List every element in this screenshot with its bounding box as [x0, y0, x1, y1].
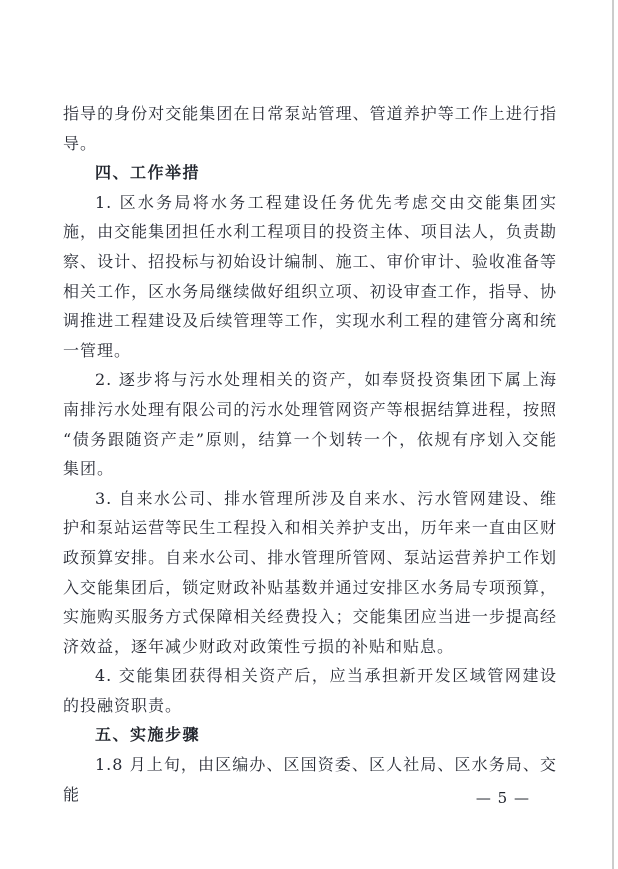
paragraph-measure-4: 4. 交能集团获得相关资产后，应当承担新开发区域管网建设的投融资职责。: [63, 661, 557, 720]
section-heading-work-measures: 四、工作举措: [63, 158, 557, 188]
page-edge-line: [612, 0, 614, 869]
section-heading-implementation-steps: 五、实施步骤: [63, 720, 557, 750]
document-page: 指导的身份对交能集团在日常泵站管理、管道养护等工作上进行指导。 四、工作举措 1…: [0, 0, 618, 869]
page-number: — 5 —: [476, 789, 530, 807]
paragraph-measure-1: 1. 区水务局将水务工程建设任务优先考虑交由交能集团实施，由交能集团担任水利工程…: [63, 188, 557, 366]
paragraph-measure-3: 3. 自来水公司、排水管理所涉及自来水、污水管网建设、维护和泵站运营等民生工程投…: [63, 484, 557, 662]
document-text-block: 指导的身份对交能集团在日常泵站管理、管道养护等工作上进行指导。 四、工作举措 1…: [63, 99, 557, 809]
paragraph-continuation: 指导的身份对交能集团在日常泵站管理、管道养护等工作上进行指导。: [63, 99, 557, 158]
paragraph-measure-2: 2. 逐步将与污水处理相关的资产，如奉贤投资集团下属上海南排污水处理有限公司的污…: [63, 365, 557, 483]
